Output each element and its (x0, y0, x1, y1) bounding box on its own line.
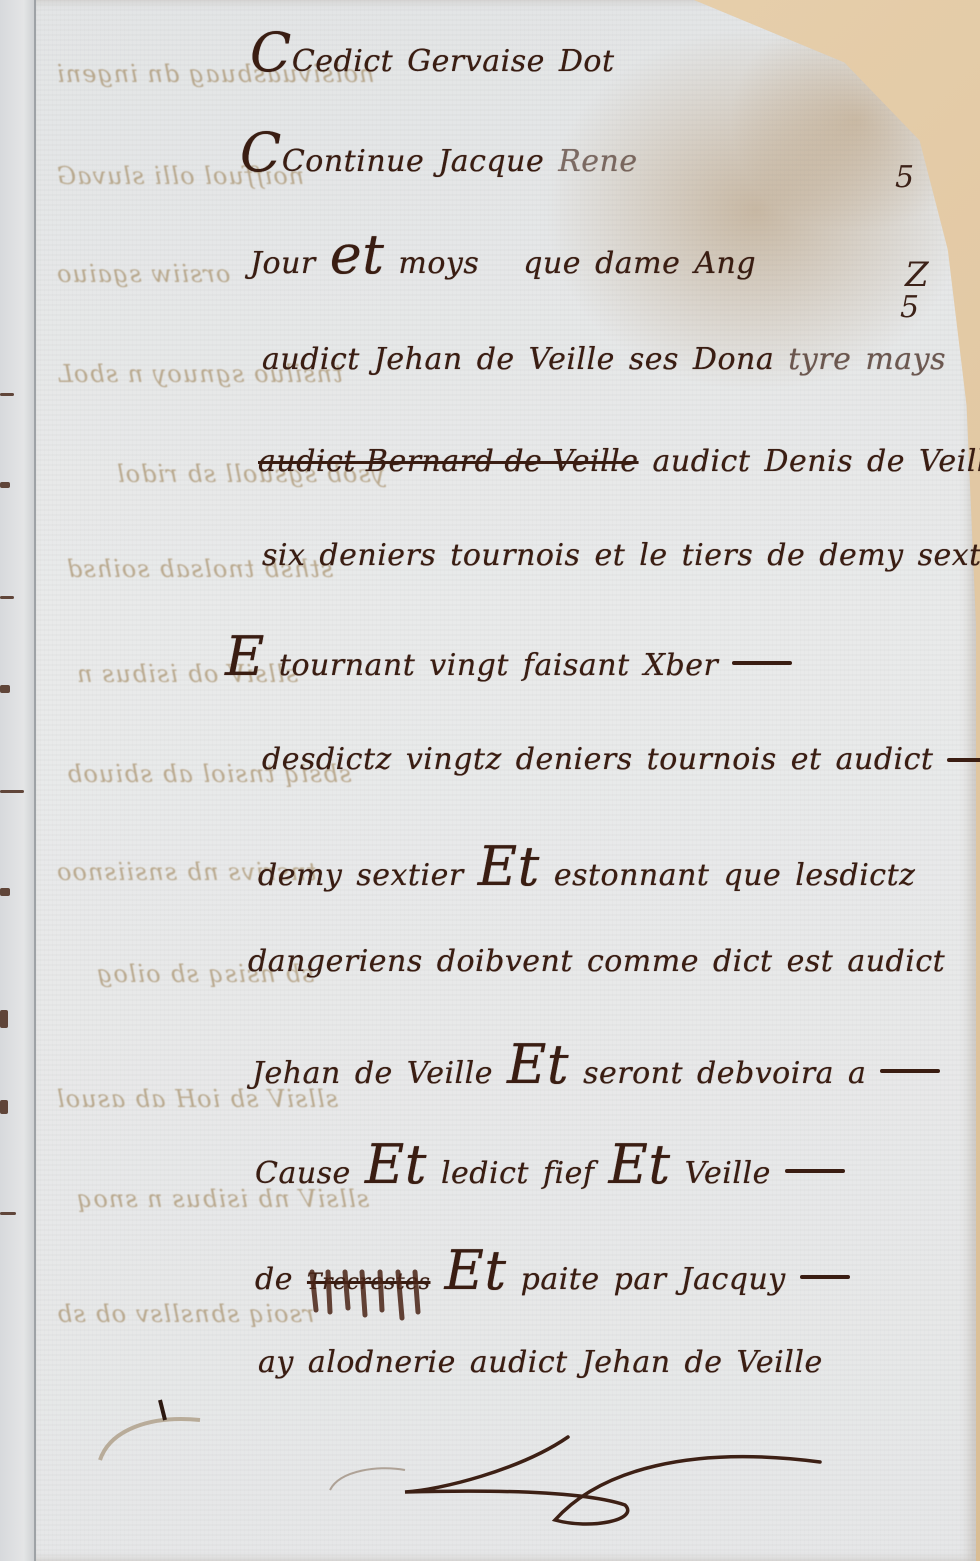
signature-paraph-icon (0, 0, 980, 1561)
manuscript-scene: noisivuasbuag dn ingeni noiffuol olli sl… (0, 0, 980, 1561)
